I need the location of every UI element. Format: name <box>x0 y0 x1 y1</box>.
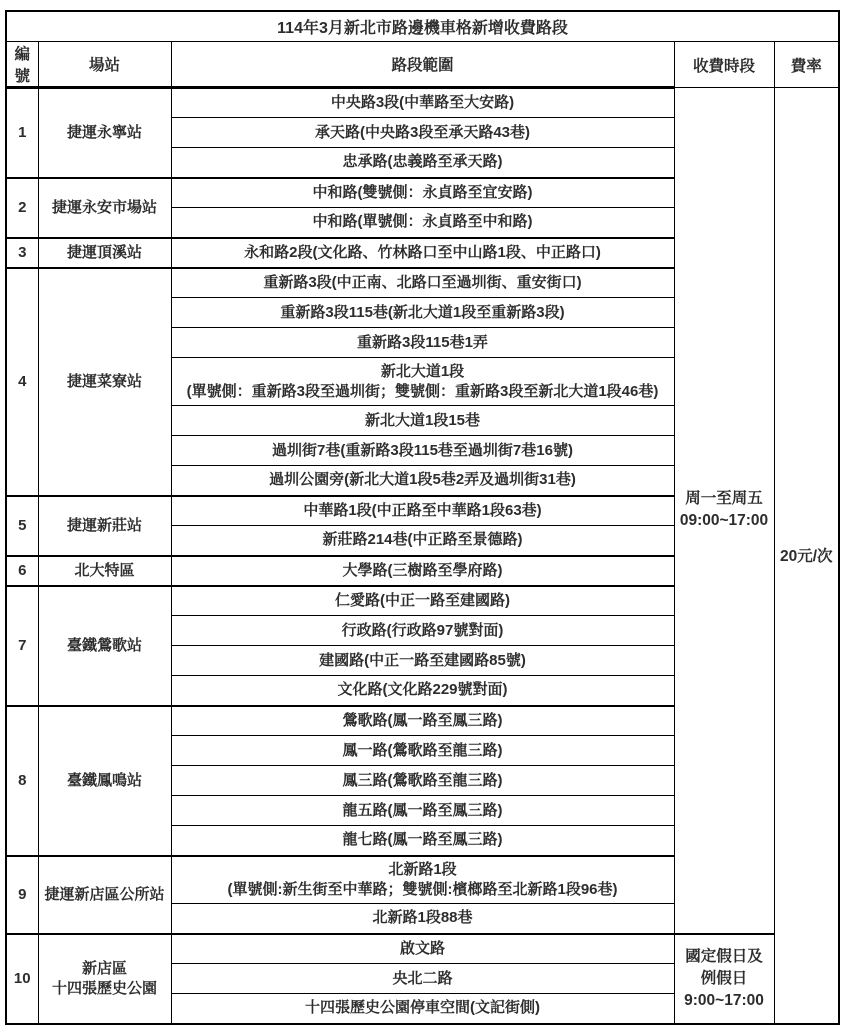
segment-cell: 中和路(雙號側：永貞路至宜安路) <box>171 178 674 208</box>
station-cell: 臺鐵鳳鳴站 <box>38 706 171 856</box>
station-cell: 臺鐵鶯歌站 <box>38 586 171 706</box>
station-cell: 捷運菜寮站 <box>38 268 171 496</box>
station-cell: 捷運新店區公所站 <box>38 856 171 934</box>
segment-cell: 新北大道1段15巷 <box>171 406 674 436</box>
segment-cell: 建國路(中正一路至建國路85號) <box>171 646 674 676</box>
table-row: 1捷運永寧站中央路3段(中華路至大安路)周一至周五09:00~17:0020元/… <box>6 88 839 118</box>
segment-cell: 永和路2段(文化路、竹林路口至中山路1段、中正路口) <box>171 238 674 268</box>
row-number-cell: 9 <box>6 856 38 934</box>
segment-cell: 十四張歷史公園停車空間(文記街側) <box>171 994 674 1024</box>
segment-cell: 啟文路 <box>171 934 674 964</box>
segment-cell: 重新路3段115巷1弄 <box>171 328 674 358</box>
segment-cell: 行政路(行政路97號對面) <box>171 616 674 646</box>
station-cell: 捷運永安市場站 <box>38 178 171 238</box>
segment-cell: 北新路1段(單號側:新生街至中華路；雙號側:檳榔路至北新路1段96巷) <box>171 856 674 904</box>
segment-cell: 新北大道1段(單號側：重新路3段至過圳街；雙號側：重新路3段至新北大道1段46巷… <box>171 358 674 406</box>
row-number-cell: 8 <box>6 706 38 856</box>
segment-cell: 鶯歌路(鳳一路至鳳三路) <box>171 706 674 736</box>
segment-cell: 鳳一路(鶯歌路至龍三路) <box>171 736 674 766</box>
period-cell: 周一至周五09:00~17:00 <box>674 88 774 934</box>
segment-cell: 重新路3段(中正南、北路口至過圳街、重安街口) <box>171 268 674 298</box>
row-number-cell: 10 <box>6 934 38 1024</box>
segment-cell: 新莊路214巷(中正路至景德路) <box>171 526 674 556</box>
table-title: 114年3月新北市路邊機車格新增收費路段 <box>6 11 839 42</box>
segment-cell: 重新路3段115巷(新北大道1段至重新路3段) <box>171 298 674 328</box>
station-cell: 北大特區 <box>38 556 171 586</box>
row-number-cell: 7 <box>6 586 38 706</box>
segment-cell: 忠承路(忠義路至承天路) <box>171 148 674 178</box>
table-row: 10新店區十四張歷史公園啟文路國定假日及例假日9:00~17:00 <box>6 934 839 964</box>
segment-cell: 中央路3段(中華路至大安路) <box>171 88 674 118</box>
row-number-cell: 1 <box>6 88 38 178</box>
segment-cell: 中華路1段(中正路至中華路1段63巷) <box>171 496 674 526</box>
row-number-cell: 2 <box>6 178 38 238</box>
segment-cell: 過圳街7巷(重新路3段115巷至過圳街7巷16號) <box>171 436 674 466</box>
column-header-period: 收費時段 <box>674 42 774 88</box>
station-cell: 新店區十四張歷史公園 <box>38 934 171 1024</box>
column-header-station: 場站 <box>38 42 171 88</box>
station-cell: 捷運頂溪站 <box>38 238 171 268</box>
station-cell: 捷運新莊站 <box>38 496 171 556</box>
segment-cell: 文化路(文化路229號對面) <box>171 676 674 706</box>
segment-cell: 北新路1段88巷 <box>171 904 674 934</box>
page: 114年3月新北市路邊機車格新增收費路段 編號 場站 路段範圍 收費時段 費率 … <box>0 0 843 1035</box>
segment-cell: 鳳三路(鶯歌路至龍三路) <box>171 766 674 796</box>
title-row: 114年3月新北市路邊機車格新增收費路段 <box>6 11 839 42</box>
column-header-rate: 費率 <box>774 42 839 88</box>
segment-cell: 龍五路(鳳一路至鳳三路) <box>171 796 674 826</box>
segment-cell: 大學路(三樹路至學府路) <box>171 556 674 586</box>
row-number-cell: 6 <box>6 556 38 586</box>
column-header-number: 編號 <box>6 42 38 88</box>
segment-cell: 承天路(中央路3段至承天路43巷) <box>171 118 674 148</box>
row-number-cell: 4 <box>6 268 38 496</box>
fee-table: 114年3月新北市路邊機車格新增收費路段 編號 場站 路段範圍 收費時段 費率 … <box>5 10 840 1025</box>
station-cell: 捷運永寧站 <box>38 88 171 178</box>
column-header-road-range: 路段範圍 <box>171 42 674 88</box>
row-number-cell: 3 <box>6 238 38 268</box>
segment-cell: 中和路(單號側：永貞路至中和路) <box>171 208 674 238</box>
segment-cell: 龍七路(鳳一路至鳳三路) <box>171 826 674 856</box>
period-cell: 國定假日及例假日9:00~17:00 <box>674 934 774 1024</box>
row-number-cell: 5 <box>6 496 38 556</box>
rate-cell: 20元/次 <box>774 88 839 1024</box>
header-row: 編號 場站 路段範圍 收費時段 費率 <box>6 42 839 88</box>
segment-cell: 仁愛路(中正一路至建國路) <box>171 586 674 616</box>
segment-cell: 過圳公園旁(新北大道1段5巷2弄及過圳街31巷) <box>171 466 674 496</box>
segment-cell: 央北二路 <box>171 964 674 994</box>
